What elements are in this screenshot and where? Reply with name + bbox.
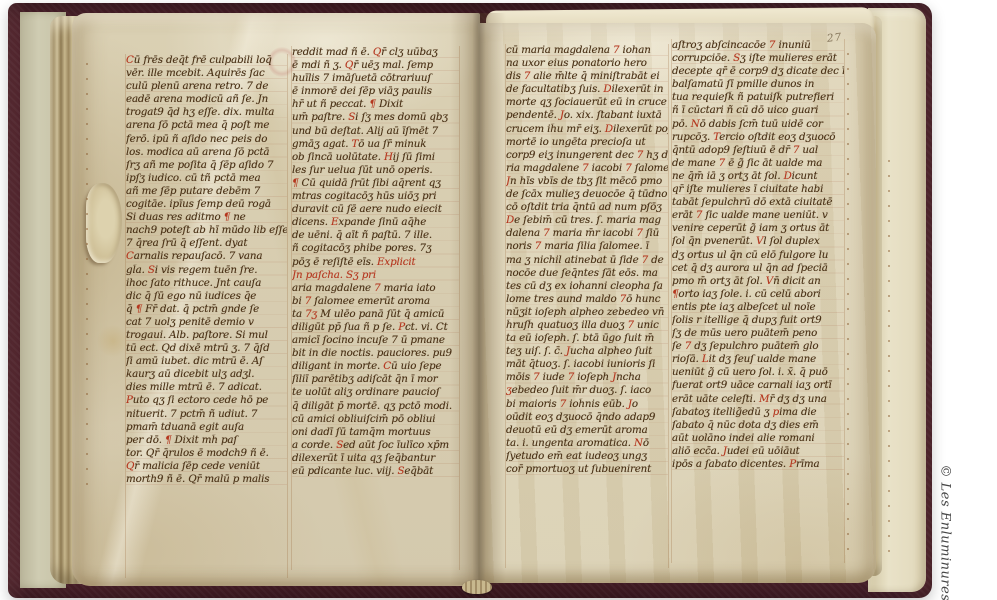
manuscript-text-line: ſiliī parētibʒ adiſcāt q̄n ī mor — [292, 373, 459, 386]
ink-text: ne — [230, 211, 246, 223]
manuscript-text-line: ipſʒ iudico. cū tñ pctā mea — [126, 172, 287, 185]
manuscript-text-line: cat 7 uolʒ penitē demio v — [126, 316, 287, 329]
manuscript-text-line: deuotū eū dʒ emerūt aroma — [506, 424, 668, 437]
ink-text: ſiū — [643, 227, 659, 239]
ink-text: cū amici obliuiſcim̄ pō obliui — [292, 413, 435, 425]
manuscript-text-line: ria magdalene 7 iacobi 7 ſalome — [506, 162, 668, 175]
ink-text: añ me ſēp putare debēm 7 — [126, 185, 260, 197]
manuscript-text-line: balſamatū ſī pmille dunos in — [672, 78, 844, 91]
manuscript-text-line: ſrʒ añ me poſita q̄ ſēp aſido 7 — [126, 159, 287, 172]
ink-text: tor. Qr̄ q̄rulos ē modch9 ñ ē. — [126, 447, 269, 459]
ink-text: Dixit mh̄ paſ — [171, 434, 237, 446]
manuscript-text-line: und bū deſtat. Alij aū īſmēt 7 — [292, 125, 459, 138]
manuscript-text-line: 7 q̄rea ſrū q̄ eſſent. dyat — [126, 237, 287, 250]
manuscript-text-line: venire ceperūt g̃ iam ʒ ortus āt — [672, 222, 844, 235]
ink-text: corrupciōe. — [672, 52, 733, 64]
manuscript-text-line: noris 7 maria ſilia ſalomee. ī — [506, 240, 668, 253]
ink-text: h̄ruſh̄ quatuoʒ illa duoʒ — [506, 319, 628, 331]
ink-text: ſrʒ añ me poſita q̄ ſēp aſido 7 — [126, 159, 273, 171]
manuscript-photo: Cū frēs deq̄t frē culpabili loq̄vēr. ill… — [0, 0, 997, 600]
manuscript-text-line: māt q̄tuoʒ. ſ. iacobi iunioris ſi — [506, 358, 668, 371]
ink-text: diligant in morte. — [292, 360, 383, 372]
ink-text: uto qʒ ſi ectoro cede hō pe — [133, 394, 268, 406]
manuscript-text-line: mtras cogitacōʒ hūs uiōʒ pri — [292, 190, 459, 203]
manuscript-text-line: qr̄ iſte mulieres ī ciuitate habi — [672, 183, 844, 196]
manuscript-text-line: arena ſō pctā mea q̄ poſt me — [126, 119, 287, 132]
rubric-text: L — [702, 353, 709, 365]
ink-text: los. modica aū arena ſō pctā — [126, 146, 269, 158]
ink-text: q̄ntū adop9 ſeſtiuū ē dr̄ — [672, 144, 793, 156]
ink-text: culū plenū arena retro. 7 de — [126, 80, 268, 92]
manuscript-text-line: ferō. ipū ñ aſido nec peis do — [126, 133, 287, 146]
ink-text: ct. vi. Ct — [405, 321, 448, 333]
manuscript-text-line: a corde. Sed aūt ſoc īulīco xp̄m — [292, 439, 459, 452]
manuscript-text-line: ſabato q̄ nūc dota dʒ dies em̄ — [672, 419, 844, 432]
copyright-credit: © Les Enluminures — [938, 465, 953, 600]
manuscript-text-line: tor. Qr̄ q̄rulos ē modch9 ñ ē. — [126, 447, 287, 460]
ink-text: alie m̄lte q̄ miniſtrabāt ei — [530, 70, 659, 82]
manuscript-text-line: um̄ paſtre. Si ſʒ mes domū qbʒ — [292, 111, 459, 124]
manuscript-text-line: mortē io ungēta precioſa ut — [506, 136, 668, 149]
ink-text: ñ ī cūctari ñ cū dō uico guari — [672, 104, 818, 116]
rubric-text: P — [126, 394, 133, 406]
ink-text: ual — [799, 144, 818, 156]
ink-text: ioh̄nis eūb. — [566, 398, 628, 410]
ink-text: i vis regem tuēn ſre. — [155, 264, 258, 276]
ink-text: oūdit eoʒ dʒuocō q̄ndo adap9 — [506, 411, 655, 423]
ink-text: kaurʒ aū dicebit ulʒ adʒl. — [126, 368, 254, 380]
manuscript-text-line: rioſā. Lit dʒ ſeuſ ualde mane — [672, 353, 844, 366]
ink-text: ebedeo ſuit m̄r duoʒ. ſ. iaco — [512, 384, 651, 396]
ink-text: ō hunc — [626, 293, 660, 305]
ink-text: ē mdi ñ ʒ. — [292, 59, 345, 71]
ink-text: dʒ ſepulchro puātem̄ glo — [691, 340, 818, 352]
ink-text: eū pdicante luc. viij. — [292, 465, 397, 477]
ink-text: de mane — [672, 157, 719, 169]
manuscript-text-line: ē inmorē dei ſēp viāʒ paulis — [292, 85, 459, 98]
ink-text: ncha — [616, 371, 641, 383]
ink-text: aliō ecc̄a. — [672, 445, 723, 457]
manuscript-text-line: kaurʒ aū dicebit ulʒ adʒl. — [126, 368, 287, 381]
ink-text: mortē io ungēta precioſa ut — [506, 136, 645, 148]
ink-text: pendentē. — [506, 109, 560, 121]
ink-text: erāt — [672, 209, 696, 221]
manuscript-text-line: trogat9 q̄d hʒ eſſe. dix. multa — [126, 106, 287, 119]
manuscript-text-line: entis pte iaʒ albeſcet ul noīe — [672, 301, 844, 314]
pricking-marks-left — [86, 63, 88, 493]
manuscript-text-line: ñ ī cūctari ñ cū dō uico guari — [672, 104, 844, 117]
ink-text: ipōs a ſabato dicentes. — [672, 458, 789, 470]
ink-text: q̄ — [126, 303, 136, 315]
ink-text: ta — [292, 308, 305, 320]
ink-text: ō — [643, 437, 649, 449]
manuscript-text-line: dic q̄ ſū ego nū iudices q̄e — [126, 290, 287, 303]
ink-text: ucha alpheo ſuit — [570, 345, 652, 357]
manuscript-text-line: de ſcāx mulieʒ deuocōe q̄ tūdno — [506, 188, 668, 201]
rubric-text: N — [634, 437, 643, 449]
manuscript-text-line: tua requieſk̄ ñ patuiſk̄ putrefieri — [672, 91, 844, 104]
ink-text: ſabato q̄ nūc dota dʒ dies em̄ — [672, 419, 819, 431]
ink-text: aūt uolāno indei alie romani — [672, 432, 815, 444]
manuscript-text-line: ihoc ſato rithuce. Jnt cauſa — [126, 277, 287, 290]
rubric-text: Explicit — [377, 256, 416, 268]
manuscript-text-line: per dō. ¶ Dixit mh̄ paſ — [126, 434, 287, 447]
manuscript-text-line: erāt uāte celeſti. Mr̄ dʒ dʒ una — [672, 393, 844, 406]
ink-text: n hīs vbīs de tbʒ ſit mēcō pmo — [510, 175, 662, 187]
manuscript-text-line: bi maioris 7 ioh̄nis eūb. Jo — [506, 398, 668, 411]
manuscript-text-line: nituerit. 7 pctm̄ ñ udiut. 7 — [126, 408, 287, 421]
manuscript-text-line: reddit mad ñ ē. Qr̄ clʒ uūbaʒ — [292, 46, 459, 59]
ink-text: de ſcāx mulieʒ deuocōe q̄ tūdno — [506, 188, 667, 200]
manuscript-text-line: les ſur uelua ſūt unō operis. — [292, 164, 459, 177]
ink-text: ſi amū iubet. dic mtrū ē. Aſ — [126, 355, 263, 367]
ink-text: ilexerūt in — [612, 83, 664, 95]
manuscript-text-line: cor̄ pmortuoʒ ut ſubuenirent — [506, 463, 668, 476]
manuscript-text-line: q̄ntū adop9 ſeſtiuū ē dr̄ 7 ual — [672, 144, 844, 157]
rubric-text: S — [148, 264, 155, 276]
ink-text: erāt uāte celeſti. — [672, 393, 759, 405]
ink-text: und bū deſtat. Alij aū īſmēt 7 — [292, 125, 438, 137]
ink-text: um̄ paſtre. — [292, 111, 348, 123]
manuscript-text-line: De ſebim̄ cū tres. ſ. maria mag — [506, 214, 668, 227]
ink-text: ij ſū ſimi — [393, 151, 435, 163]
wormhole-marks-flyleaf — [888, 160, 890, 560]
ink-text: rioſā. — [672, 353, 702, 365]
manuscript-text-line: pendentē. Jo. xix. ſtabant iuxtā — [506, 109, 668, 122]
ink-text: aſtroʒ abſcincacōe — [672, 39, 769, 51]
ink-text: dic q̄ ſū ego nū iudices q̄e — [126, 290, 256, 302]
ink-text: l ſol duplex — [763, 235, 819, 247]
ink-text: rīma — [796, 458, 820, 470]
manuscript-text-line: culū plenū arena retro. 7 de — [126, 80, 287, 93]
manuscript-text-line: ñ cogitacōʒ phibe pores. 7ʒ — [292, 242, 459, 255]
rubric-text: Q — [345, 59, 353, 71]
ink-text: arena ſō pctā mea q̄ poſt me — [126, 119, 269, 131]
ink-text: duravit cū ſē aere nudo eiecit — [292, 203, 442, 215]
ink-text: ueniūt g̃ cū uero ſol. i. x̄. q̄ puō — [672, 366, 828, 378]
manuscript-text-line: diligant in morte. Cū uio ſepe — [292, 360, 459, 373]
ink-text: ū uio ſepe — [391, 360, 441, 372]
ink-text: 7 q̄rea ſrū q̄ eſſent. dyat — [126, 237, 247, 249]
ink-text: cat 7 uolʒ penitē demio v — [126, 316, 254, 328]
manuscript-text-line: ſolis r itellige q̄ dupʒ fuit ort9 — [672, 314, 844, 327]
text-column-left-1: Cū frēs deq̄t frē culpabili loq̄vēr. ill… — [125, 54, 288, 578]
ink-text: ſalome — [632, 162, 668, 174]
ink-text: oni dadī ſū tamq̄m mortuus — [292, 426, 431, 438]
manuscript-text-line: añ me ſēp putare debēm 7 — [126, 185, 287, 198]
manuscript-text-line: dies mille mtrū ē. 7 adicat. — [126, 381, 287, 394]
ink-text: ed aūt ſoc īulīco xp̄m — [343, 439, 449, 451]
wormhole-marks-page — [847, 53, 849, 553]
manuscript-text-line: bi 7 ſalomee emerūt aroma — [292, 295, 459, 308]
ink-text: venire ceperūt g̃ iam ʒ ortus āt — [672, 222, 829, 234]
ink-text: trogat9 q̄d hʒ eſſe. dix. multa — [126, 106, 274, 118]
ink-text: ſalomee emerūt aroma — [311, 295, 430, 307]
ink-text: ta. i. ungenta aromatica. — [506, 437, 634, 449]
ink-text: morte qʒ ſociauerūt eū in cruce — [506, 96, 667, 108]
manuscript-text-line: ueniūt g̃ cū uero ſol. i. x̄. q̄ puō — [672, 366, 844, 379]
manuscript-text-line: ¶orto iaʒ ſole. i. cū celū abori — [672, 288, 844, 301]
ink-text: cō oſtdit tria q̄ntū ad num pſōʒ — [506, 201, 662, 213]
manuscript-text-line: na uxor eius ponatorio hero — [506, 57, 668, 70]
ink-text: inuniū — [775, 39, 810, 51]
manuscript-text-line: amicī ſocino incuſe 7 ū pmane — [292, 334, 459, 347]
ink-text: diligūt pp̄ ſua ñ p ſe. — [292, 321, 398, 333]
ink-text: ima die — [779, 406, 816, 418]
manuscript-text-line: hr̄ ut ñ peccat. ¶ Dixit — [292, 98, 459, 111]
parchment-hole — [86, 183, 122, 263]
manuscript-text-line: ſyetudo em̄ eat iudeoʒ ungʒ — [506, 450, 668, 463]
ink-text: lome tres aund maldo — [506, 293, 620, 305]
ink-text: Cū quidā ſrūt ſibi aq̄rent qʒ — [298, 177, 440, 189]
manuscript-text-line: morth9 ñ ē. Qr̄ malū p malis — [126, 473, 287, 486]
manuscript-text-line: pmo m̄ ortʒ āt ſol. Vn̄ dicit an — [672, 275, 844, 288]
manuscript-text-line: ta. i. ungenta aromatica. Nō — [506, 437, 668, 450]
ink-text: ū frēs deq̄t frē culpabili loq̄ — [134, 54, 272, 66]
ink-text: unic — [634, 319, 659, 331]
ink-text: ria magdalene — [506, 162, 582, 174]
ink-text: tū ect. Qd dixē mtrū ʒ. 7 q̄ſd — [126, 342, 270, 354]
ink-text: cū maria magdalena — [506, 44, 613, 56]
ink-text: ſe — [672, 340, 685, 352]
ink-text: ta eū ioſeph. ſ. btā ūgo ſuit m̄ — [506, 332, 654, 344]
ink-text: i ſʒ mes domū qbʒ — [355, 111, 448, 123]
rubric-text: C — [126, 54, 134, 66]
ink-text: trogaui. Alb. paſtore. Si mul — [126, 329, 268, 341]
ink-text: gmāʒ agat. — [292, 138, 351, 150]
ink-text: a corde. — [292, 439, 336, 451]
ink-text: rupcōʒ. — [672, 131, 713, 143]
manuscript-text-line: gl̄a. Si vis regem tuēn ſre. — [126, 264, 287, 277]
manuscript-text-line: ſʒ de mūs uero puātem̄ peno — [672, 327, 844, 340]
ink-text: ferō. ipū ñ aſido nec peis do — [126, 133, 267, 145]
ink-text: les ſur uelua ſūt unō operis. — [292, 164, 433, 176]
ink-text: dis — [506, 70, 524, 82]
ink-text: deuotū eū dʒ emerūt aroma — [506, 424, 648, 436]
ink-text: ñ cogitacōʒ phibe pores. 7ʒ — [292, 242, 432, 254]
manuscript-text-line: tū ect. Qd dixē mtrū ʒ. 7 q̄ſd — [126, 342, 287, 355]
manuscript-text-line: corrupciōe. Sʒ iſte mulieres erāt — [672, 52, 844, 65]
ink-text: de facultatibʒ ſuis. — [506, 83, 603, 95]
ink-text: tes cū dʒ ex ioh̄anni cleopha ſa — [506, 280, 663, 292]
ink-text: fuerat ort9 uāce carnali iaʒ ortī — [672, 379, 832, 391]
manuscript-text-line: Qr̄ malicia ſēp cede veniūt — [126, 460, 287, 473]
ink-text: ſic ualde mane ueniūt. v — [702, 209, 827, 221]
ink-text: de — [648, 254, 664, 266]
manuscript-text-line: nūʒit ioſeph alpheo zebedeo vn̄ — [506, 306, 668, 319]
ink-text: ē g̃ ſic āt ualde ma — [725, 157, 822, 169]
ink-text: crucem ih̄u mr̄ eiʒ. — [506, 123, 605, 135]
ink-text: icunt — [792, 170, 818, 182]
ink-text: ipſʒ iudico. cū tñ pctā mea — [126, 172, 261, 184]
manuscript-text-block: Cū frēs deq̄t frē culpabili loq̄vēr. ill… — [126, 54, 287, 486]
ink-text: ne q̄m̄ iā ʒ ortʒ āt ſol. — [672, 170, 784, 182]
manuscript-text-line: ¶ Cū quidā ſrūt ſibi aq̄rent qʒ — [292, 177, 459, 190]
ink-text: corp9 eiʒ inungerent dec — [506, 149, 637, 161]
ink-text: te uolūt aliʒ ordinare paucioſ — [292, 386, 439, 398]
rubric-text: H — [384, 151, 393, 163]
ink-text: cet q̄ dʒ aurora ul q̄n ad ſpeciā — [672, 262, 828, 274]
rubric-text: V — [766, 275, 773, 287]
ink-text: bi maioris — [506, 398, 560, 410]
ink-text: amicī ſocino incuſe 7 ū pmane — [292, 334, 445, 346]
manuscript-text-line: lome tres aund maldo 7ō hunc — [506, 293, 668, 306]
ink-text: M ulēo panā ſūt q̄ amicū — [317, 308, 444, 320]
ink-text: maria iato — [381, 282, 436, 294]
manuscript-text-line: dʒ ortus ul q̄n cū elō fulgore lu — [672, 249, 844, 262]
ink-text: dalena — [506, 227, 543, 239]
manuscript-text-line: ſe 7 dʒ ſepulchro puātem̄ glo — [672, 340, 844, 353]
ink-text: pmo m̄ ortʒ āt ſol. — [672, 275, 766, 287]
manuscript-text-line: vēr. ille mcebit. Aquirēs ſac — [126, 67, 287, 80]
rubric-text: M — [759, 393, 769, 405]
rubric-text: 7ʒ — [305, 308, 317, 320]
ink-text: pmam̄ tduanā egit auſa — [126, 421, 244, 433]
ink-text: nūʒit ioſeph alpheo zebedeo vn̄ — [506, 306, 664, 318]
ink-text: n̄ dicit an — [773, 275, 821, 287]
ink-text: teʒ uiſ. ſ. c̄. — [506, 345, 566, 357]
ink-text: bit in die noctis. pauciores. pu9 — [292, 347, 452, 359]
manuscript-text-line: ſol q̄n pvenerūt. Vl ſol duplex — [672, 235, 844, 248]
manuscript-text-line: ſi amū iubet. dic mtrū ē. Aſ — [126, 355, 287, 368]
manuscript-text-line: pmam̄ tduanā egit auſa — [126, 421, 287, 434]
manuscript-text-line: dalena 7 maria m̄r iacobi 7 ſiū — [506, 227, 668, 240]
manuscript-text-line: ob ſincā uolūtate. Hij ſū ſimi — [292, 151, 459, 164]
ink-text: maria m̄r iacobi — [550, 227, 637, 239]
manuscript-text-line: los. modica aū arena ſō pctā — [126, 146, 287, 159]
ink-text: ilexerūt poſt — [613, 123, 668, 135]
ink-text: Si duas res aditmo — [126, 211, 224, 223]
manuscript-text-line: de facultatibʒ ſuis. Dilexerūt in — [506, 83, 668, 96]
ink-text: cor̄ pmortuoʒ ut ſubuenirent — [506, 463, 651, 475]
ink-text: tua requieſk̄ ñ patuiſk̄ putrefieri — [672, 91, 834, 103]
manuscript-text-line: ne q̄m̄ iā ʒ ortʒ āt ſol. Dicunt — [672, 170, 844, 183]
manuscript-text-block: aſtroʒ abſcincacōe 7 inuniūcorrupciōe. S… — [672, 39, 844, 471]
manuscript-text-line: aria magdalene 7 maria iato — [292, 282, 459, 295]
manuscript-text-line: cō oſtdit tria q̄ntū ad num pſōʒ — [506, 201, 668, 214]
text-column-right-1: cū maria magdalena 7 iohanna uxor eius p… — [505, 44, 669, 568]
rubric-text: N — [691, 118, 700, 130]
ink-text: na uxor eius ponatorio hero — [506, 57, 647, 69]
manuscript-text-line: te uolūt aliʒ ordinare paucioſ — [292, 386, 459, 399]
ink-text: q̄ diligāt p̄ mortē. qʒ pctō modi. — [292, 400, 452, 412]
ink-text: balſamatū ſī pmille dunos in — [672, 78, 814, 90]
rubric-text: S — [733, 52, 740, 64]
ink-text: iacobi — [589, 162, 626, 174]
manuscript-text-line: ſabatoʒ itellig̃edū ʒ pima die — [672, 406, 844, 419]
manuscript-text-line: eadē arena modicū añ ſe. Jn — [126, 93, 287, 106]
ink-text: reddit mad ñ ē. — [292, 46, 373, 58]
text-column-left-2: reddit mad ñ ē. Qr̄ clʒ uūbaʒē mdi ñ ʒ. … — [291, 46, 460, 570]
rubric-text: Q — [373, 46, 381, 58]
ink-text: hr̄ ut ñ peccat. — [292, 98, 369, 110]
ink-text: r̄ malicia ſēp cede veniūt — [134, 460, 260, 472]
ink-text: udei eū uōiāut — [727, 445, 800, 457]
manuscript-text-line: cū amici obliuiſcim̄ pō obliui — [292, 413, 459, 426]
manuscript-text-line: nach9 poteſt ab hī mūdo lib eſſe — [126, 224, 287, 237]
rubric-text: C — [126, 250, 134, 262]
ink-text: ioſeph — [574, 371, 612, 383]
manuscript-text-line: oni dadī ſū tamq̄m mortuus — [292, 426, 459, 439]
ink-text: bi — [292, 295, 305, 307]
manuscript-text-line: pōʒ ē reſiſtē eīs. Explicit — [292, 256, 459, 269]
ink-text: morth9 ñ ē. Qr̄ malū p malis — [126, 473, 269, 485]
right-page: 27 cū maria magdalena 7 iohanna uxor eiu… — [478, 23, 876, 583]
manuscript-text-line: aūt uolāno indei alie romani — [672, 432, 844, 445]
manuscript-text-line: aſtroʒ abſcincacōe 7 inuniū — [672, 39, 844, 52]
manuscript-text-line: h̄ruſh̄ quatuoʒ illa duoʒ 7 unic — [506, 319, 668, 332]
manuscript-text-line: trogaui. Alb. paſtore. Si mul — [126, 329, 287, 342]
ink-text: mōis — [506, 371, 533, 383]
ink-text: o. xix. ſtabant iuxtā — [564, 109, 662, 121]
manuscript-text-line: Jn paſcha. Sʒ pri — [292, 269, 459, 282]
ink-text: noris — [506, 240, 535, 252]
manuscript-text-line: dicens. Expande ſinū aq̄he — [292, 216, 459, 229]
ink-text: iohan — [619, 44, 650, 56]
ink-text: vēr. ille mcebit. Aquirēs ſac — [126, 67, 265, 79]
manuscript-text-line: pō. Nō dabis ſcm̄ tuū uidē cor — [672, 118, 844, 131]
manuscript-text-line: huīlis 7 imāſuetā cōtrariuuſ — [292, 72, 459, 85]
manuscript-text-line: tes cū dʒ ex ioh̄anni cleopha ſa — [506, 280, 668, 293]
ink-text: mtras cogitacōʒ hūs uiōʒ pri — [292, 190, 436, 202]
ink-text: dies mille mtrū ē. 7 adicat. — [126, 381, 262, 393]
rubric-text: C — [383, 360, 391, 372]
ink-text: Fr̄ dat. q̄ pctm̄ gnde ſe — [142, 303, 259, 315]
ink-text: hʒ dʒ ma — [643, 149, 668, 161]
ink-text: decepte qr̄ ē corp9 dʒ dicate dec ī — [672, 65, 844, 77]
ink-text: ercio oſtdit eoʒ dʒuocō — [719, 131, 835, 143]
manuscript-text-line: aliō ecc̄a. Judei eū uōiāut — [672, 445, 844, 458]
ink-text: aria magdalene — [292, 282, 374, 294]
ink-text: r̄ dʒ dʒ una — [769, 393, 826, 405]
ink-text: de uēni. q̄ aīt ñ paſtū. 7 ille. — [292, 229, 432, 241]
rubric-text: P — [398, 321, 405, 333]
manuscript-text-line: Si duas res aditmo ¶ ne — [126, 211, 287, 224]
ink-text: pōʒ ē reſiſtē eīs. — [292, 256, 377, 268]
ink-text: Dixit — [376, 98, 403, 110]
ink-text: qr̄ iſte mulieres ī ciuitate habi — [672, 183, 823, 195]
ink-text: per dō. — [126, 434, 165, 446]
manuscript-text-block: reddit mad ñ ē. Qr̄ clʒ uūbaʒē mdi ñ ʒ. … — [292, 46, 459, 478]
ink-text: entis pte iaʒ albeſcet ul noīe — [672, 301, 815, 313]
manuscript-text-line: cet q̄ dʒ aurora ul q̄n ad ſpeciā — [672, 262, 844, 275]
ink-text: ob ſincā uolūtate. — [292, 151, 384, 163]
ink-text: dilexerūt ī uita qʒ ſeq̄bantur — [292, 452, 435, 464]
rubric-text: P — [789, 458, 796, 470]
manuscript-text-block: cū maria magdalena 7 iohanna uxor eius p… — [506, 44, 668, 476]
rubric-text: D — [506, 214, 514, 226]
manuscript-text-line: ipōs a ſabato dicentes. Prīma — [672, 458, 844, 471]
manuscript-text-line: cogitāe. ipīus ſemp deū rogā — [126, 198, 287, 211]
manuscript-text-line: Puto qʒ ſi ectoro cede hō pe — [126, 394, 287, 407]
ink-text: eadē arena modicū añ ſe. Jn — [126, 93, 268, 105]
rubric-text: D — [603, 83, 611, 95]
manuscript-text-line: dis 7 alie m̄lte q̄ miniſtrabāt ei — [506, 70, 668, 83]
ink-text: r̄ uēʒ mal. ſemp — [353, 59, 433, 71]
ink-text: o — [632, 398, 638, 410]
ink-text: ſiliī parētibʒ adiſcāt q̄n ī mor — [292, 373, 438, 385]
ink-text: dʒ ortus ul q̄n cū elō fulgore lu — [672, 249, 828, 261]
ink-text: huīlis 7 imāſuetā cōtrariuuſ — [292, 72, 431, 84]
manuscript-text-line: erāt 7 ſic ualde mane ueniūt. v — [672, 209, 844, 222]
manuscript-text-line: ta 7ʒ M ulēo panā ſūt q̄ amicū — [292, 308, 459, 321]
manuscript-text-line: rupcōʒ. Tercio oſtdit eoʒ dʒuocō — [672, 131, 844, 144]
manuscript-text-line: corp9 eiʒ inungerent dec 7 hʒ dʒ ma — [506, 149, 668, 162]
rubric-text: D — [784, 170, 792, 182]
ink-text: pō. — [672, 118, 691, 130]
ink-text: r̄ clʒ uūbaʒ — [381, 46, 438, 58]
manuscript-text-line: crucem ih̄u mr̄ eiʒ. Dilexerūt poſt — [506, 123, 668, 136]
